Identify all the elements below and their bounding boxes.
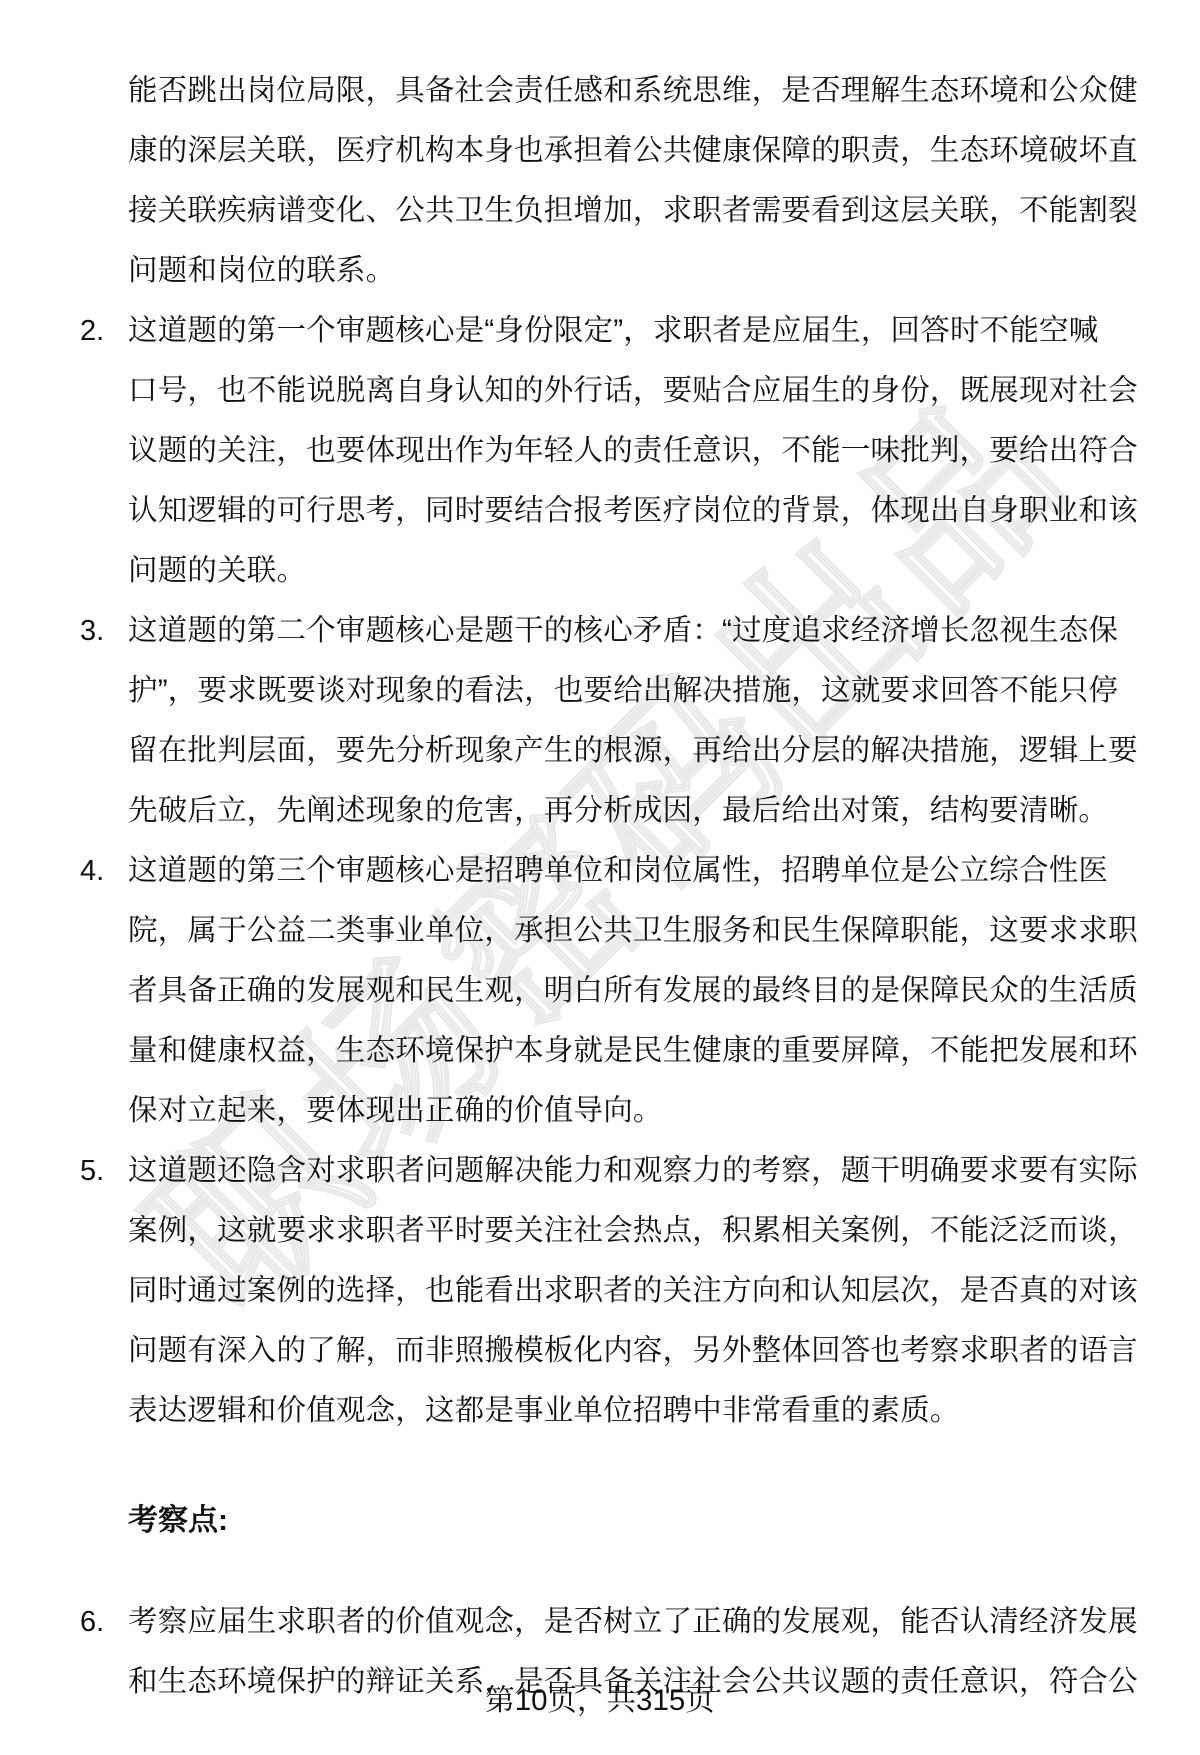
text-line: 口号，也不能说脱离自身认知的外行话，要贴合应届生的身份，既展现对社会 xyxy=(128,361,1200,421)
text-line: 接关联疾病谱变化、公共卫生负担增加，求职者需要看到这层关联，不能割裂 xyxy=(128,181,1200,241)
item-number: 6. xyxy=(80,1592,104,1652)
list-item: 能否跳出岗位局限，具备社会责任感和系统思维，是否理解生态环境和公众健康的深层关联… xyxy=(0,61,1200,301)
text-line: 问题有深入的了解，而非照搬模板化内容，另外整体回答也考察求职者的语言 xyxy=(128,1321,1200,1381)
text-line: 这道题的第三个审题核心是招聘单位和岗位属性，招聘单位是公立综合性医 xyxy=(128,841,1200,901)
text-line: 这道题还隐含对求职者问题解决能力和观察力的考察，题干明确要求要有实际 xyxy=(128,1141,1200,1201)
text-line: 同时通过案例的选择，也能看出求职者的关注方向和认知层次，是否真的对该 xyxy=(128,1261,1200,1321)
text-line: 认知逻辑的可行思考，同时要结合报考医疗岗位的背景，体现出自身职业和该 xyxy=(128,481,1200,541)
numbered-list: 能否跳出岗位局限，具备社会责任感和系统思维，是否理解生态环境和公众健康的深层关联… xyxy=(0,61,1200,1441)
text-line: 案例，这就要求求职者平时要关注社会热点，积累相关案例，不能泛泛而谈， xyxy=(128,1201,1200,1261)
text-line: 问题的关联。 xyxy=(128,541,1200,601)
text-line: 量和健康权益，生态环境保护本身就是民生健康的重要屏障，不能把发展和环 xyxy=(128,1021,1200,1081)
item-number: 2. xyxy=(80,301,104,361)
list-item: 3.这道题的第二个审题核心是题干的核心矛盾：“过度追求经济增长忽视生态保护”，要… xyxy=(0,601,1200,841)
text-line: 这道题的第二个审题核心是题干的核心矛盾：“过度追求经济增长忽视生态保 xyxy=(128,601,1200,661)
text-line: 康的深层关联，医疗机构本身也承担着公共健康保障的职责，生态环境破坏直 xyxy=(128,121,1200,181)
text-line: 能否跳出岗位局限，具备社会责任感和系统思维，是否理解生态环境和公众健 xyxy=(128,61,1200,121)
text-line: 考察应届生求职者的价值观念，是否树立了正确的发展观，能否认清经济发展 xyxy=(128,1592,1200,1652)
text-line: 保对立起来，要体现出正确的价值导向。 xyxy=(128,1081,1200,1141)
item-number: 4. xyxy=(80,841,104,901)
text-line: 先破后立，先阐述现象的危害，再分析成因，最后给出对策，结构要清晰。 xyxy=(128,781,1200,841)
text-line: 者具备正确的发展观和民生观，明白所有发展的最终目的是保障民众的生活质 xyxy=(128,961,1200,1021)
list-item: 5.这道题还隐含对求职者问题解决能力和观察力的考察，题干明确要求要有实际案例，这… xyxy=(0,1141,1200,1441)
page-content: 能否跳出岗位局限，具备社会责任感和系统思维，是否理解生态环境和公众健康的深层关联… xyxy=(0,61,1200,1712)
text-line: 留在批判层面，要先分析现象产生的根源，再给出分层的解决措施，逻辑上要 xyxy=(128,721,1200,781)
section-heading: 考察点: xyxy=(0,1491,1200,1551)
item-number: 3. xyxy=(80,601,104,661)
text-line: 护”，要求既要谈对现象的看法，也要给出解决措施，这就要求回答不能只停 xyxy=(128,661,1200,721)
page-footer: 第10页，共315页 xyxy=(0,1681,1200,1721)
text-line: 院，属于公益二类事业单位，承担公共卫生服务和民生保障职能，这要求求职 xyxy=(128,901,1200,961)
item-number: 5. xyxy=(80,1141,104,1201)
text-line: 议题的关注，也要体现出作为年轻人的责任意识，不能一味批判，要给出符合 xyxy=(128,421,1200,481)
text-line: 这道题的第一个审题核心是“身份限定”，求职者是应届生，回答时不能空喊 xyxy=(128,301,1200,361)
list-item: 2.这道题的第一个审题核心是“身份限定”，求职者是应届生，回答时不能空喊口号，也… xyxy=(0,301,1200,601)
document-page: 职场密码出品 能否跳出岗位局限，具备社会责任感和系统思维，是否理解生态环境和公众… xyxy=(0,0,1200,1755)
list-item: 4.这道题的第三个审题核心是招聘单位和岗位属性，招聘单位是公立综合性医院，属于公… xyxy=(0,841,1200,1141)
text-line: 表达逻辑和价值观念，这都是事业单位招聘中非常看重的素质。 xyxy=(128,1381,1200,1441)
text-line: 问题和岗位的联系。 xyxy=(128,241,1200,301)
